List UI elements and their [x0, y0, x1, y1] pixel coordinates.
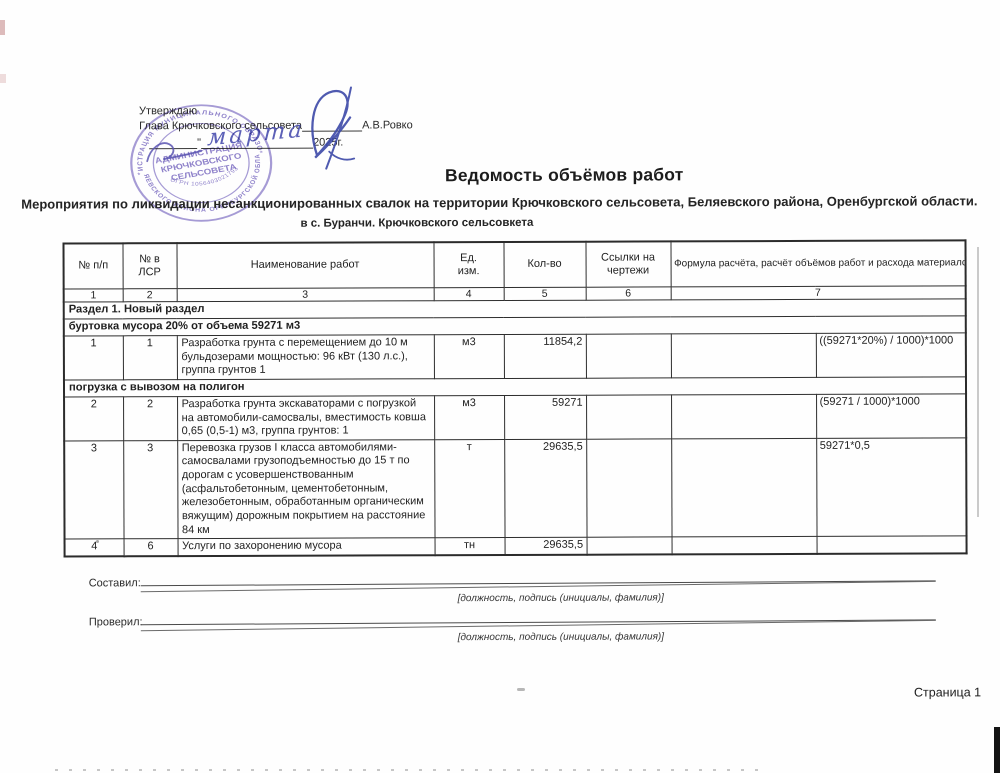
header-row: № п/п№ в ЛСРНаименование работЕд. изм.Ко…: [63, 240, 965, 289]
row-number-cell: 2: [64, 397, 123, 441]
item-row: 33Перевозка грузов I класса автомобилями…: [64, 438, 966, 540]
table-body: Раздел 1. Новый разделбуртовка мусора 20…: [64, 299, 967, 556]
work-name-cell: Перевозка грузов I класса автомобилями-с…: [177, 439, 434, 538]
composed-label: Составил:: [89, 577, 141, 589]
quantity-cell: 29635,5: [504, 439, 586, 538]
checked-caption: [должность, подпись (инициалы, фамилия)]: [161, 630, 961, 644]
unit-cell: м3: [434, 395, 504, 439]
item-row: 46Услуги по захоронению мусоратн29635,5: [65, 536, 967, 556]
unit-cell: м3: [434, 334, 504, 378]
approval-name: А.В.Ровко: [362, 119, 413, 131]
work-volume-table: № п/п№ в ЛСРНаименование работЕд. изм.Ко…: [62, 239, 967, 557]
drawing-ref-cell: [586, 334, 671, 378]
column-number: 1: [64, 289, 123, 302]
subtitle-line2: в с. Буранчи. Крючковского сельсовкета: [0, 216, 834, 231]
formula-cell: ((59271*20%) / 1000)*1000: [816, 333, 966, 377]
work-name-cell: Разработка грунта с перемещением до 10 м…: [177, 335, 434, 380]
approval-year: 2025г.: [313, 137, 343, 149]
lsr-number-cell: 6: [124, 539, 178, 556]
formula-cell: 59271*0,5: [816, 438, 966, 537]
signature-tail: [329, 152, 354, 160]
column-number: 5: [504, 287, 586, 300]
stamp-star-right-icon: *: [259, 149, 264, 157]
formula-empty-cell: [671, 438, 816, 537]
unit-cell: т: [434, 439, 504, 538]
item-row: 11Разработка грунта с перемещением до 10…: [64, 333, 966, 380]
composed-caption: [должность, подпись (инициалы, фамилия)]: [161, 591, 961, 605]
row-number-cell: 3: [64, 441, 123, 540]
column-header: № в ЛСР: [122, 243, 176, 289]
lsr-number-cell: 3: [123, 440, 177, 539]
formula-empty-cell: [672, 537, 817, 555]
formula-cell: (59271 / 1000)*1000: [816, 394, 966, 438]
item-row: 22Разработка грунта экскаваторами с погр…: [64, 394, 966, 441]
row-number-cell: 1: [64, 336, 123, 380]
lsr-number-cell: 2: [123, 397, 177, 441]
column-header: Формула расчёта, расчёт объёмов работ и …: [670, 240, 965, 287]
lsr-number-cell: 1: [123, 336, 177, 380]
column-header: Наименование работ: [176, 242, 433, 288]
page-title: Ведомость объёмов работ: [129, 163, 999, 187]
subtitle-line1: Мероприятия по ликвидации несанкциониров…: [0, 193, 999, 211]
column-number: 6: [586, 287, 671, 300]
date-day-line: [149, 137, 197, 149]
quantity-cell: 11854,2: [504, 334, 586, 378]
signature-line: [302, 119, 362, 131]
column-number: 3: [177, 288, 434, 302]
work-name-cell: Разработка грунта экскаваторами с погруз…: [177, 396, 434, 441]
column-header: Кол-во: [503, 242, 585, 288]
page-number: Страница 1: [914, 685, 981, 699]
approval-word: Утверждаю: [139, 105, 197, 117]
drawing-ref-cell: [586, 439, 671, 538]
unit-cell: тн: [435, 538, 505, 555]
scanned-page: Утверждаю Глава Крючковского сельсоветаА…: [0, 0, 1000, 773]
column-header: Ссылки на чертежи: [585, 241, 670, 287]
work-name-cell: Услуги по захоронению мусора: [178, 538, 435, 556]
formula-cell: [817, 536, 967, 554]
quantity-cell: 59271: [504, 395, 586, 439]
checked-label: Проверил:: [89, 616, 143, 628]
column-number: 7: [671, 286, 966, 300]
column-header: Ед. изм.: [433, 242, 503, 288]
drawing-ref-cell: [587, 537, 672, 554]
column-number: 4: [434, 287, 504, 300]
document-sheet: Утверждаю Глава Крючковского сельсоветаА…: [0, 0, 1000, 773]
quantity-cell: 29635,5: [505, 537, 587, 554]
official-stamp: АДМИНИСТРАЦИЯ МУНИЦИПАЛЬНОГО ОБРАЗОВАНИЯ…: [109, 87, 294, 240]
column-number: 2: [123, 289, 177, 302]
formula-empty-cell: [671, 333, 816, 377]
row-number-cell: 4: [65, 539, 124, 556]
drawing-ref-cell: [586, 395, 671, 439]
column-header: № п/п: [63, 243, 122, 289]
formula-empty-cell: [671, 394, 816, 438]
